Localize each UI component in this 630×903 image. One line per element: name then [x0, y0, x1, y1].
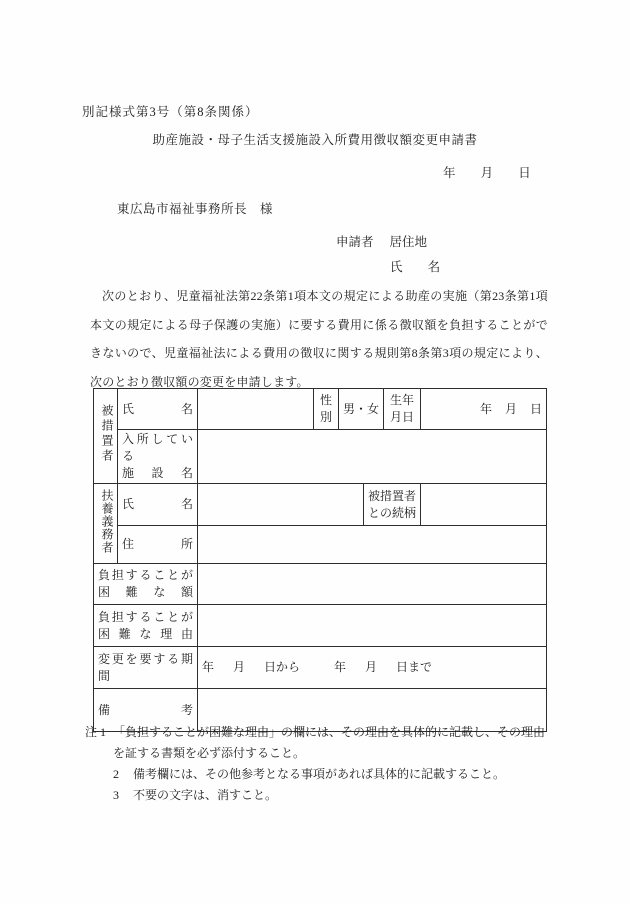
- applicant-name-label: 氏 名: [390, 257, 440, 275]
- difficult-reason-label-line2: 困 難 な 理 由: [98, 626, 193, 643]
- body-paragraph: 次のとおり、児童福祉法第22条第1項本文の規定による助産の実施（第23条第1項本…: [90, 282, 548, 396]
- note-2: 2 備考欄には、その他参考となる事項があれば具体的に記載すること。: [85, 764, 551, 785]
- difficult-amount-value-cell: [198, 564, 547, 605]
- note-3-text: 不要の文字は、消すこと。: [133, 785, 551, 806]
- difficult-reason-label-cell: 負担することが 困 難 な 理 由: [94, 605, 198, 647]
- applicant-line: 申請者居住地: [336, 232, 427, 250]
- table-row: 被措置者 氏 名 性 別 男・女 生年 月日 年 月 日: [94, 389, 547, 430]
- period-to-text: 年 月 日まで: [334, 660, 432, 674]
- sex-value-cell: 男・女: [339, 389, 384, 430]
- birth-label-line1: 生年: [386, 392, 418, 409]
- applicant-label: 申請者: [336, 235, 374, 249]
- document-page: 別記様式第3号（第8条関係） 助産施設・母子生活支援施設入所費用徴収額変更申請書…: [0, 0, 630, 903]
- relation-label-line2: との続柄: [366, 505, 418, 522]
- note-3: 3 不要の文字は、消すこと。: [85, 785, 551, 806]
- relation-value-cell: [421, 484, 547, 526]
- difficult-amount-label-cell: 負担することが 困 難 な 額: [94, 564, 198, 605]
- supporter-group-cell: 扶養義務者: [94, 484, 118, 564]
- note-3-marker: 3: [113, 785, 133, 806]
- birth-value-cell: 年 月 日: [421, 389, 547, 430]
- note-1-text: 「負担することが困難な理由」の欄には、その理由を具体的に記載し、その理由を証する…: [113, 722, 549, 764]
- residence-label: 居住地: [390, 235, 428, 249]
- subject-name-label-cell: 氏 名: [118, 389, 198, 430]
- form-number: 別記様式第3号（第8条関係）: [82, 102, 259, 120]
- recipient-line: 東広島市福祉事務所長 様: [117, 199, 273, 217]
- sex-label-line1: 性: [318, 392, 334, 409]
- table-row: 扶養義務者 氏 名 被措置者 との続柄: [94, 484, 547, 526]
- supporter-name-label-cell: 氏 名: [118, 484, 198, 526]
- notes-section: 注1 「負担することが困難な理由」の欄には、その理由を具体的に記載し、その理由を…: [85, 722, 551, 806]
- period-label-cell: 変更を要する期間: [94, 647, 198, 689]
- facility-label-cell: 入所している 施 設 名: [118, 430, 198, 484]
- difficult-amount-label-line2: 困 難 な 額: [98, 584, 193, 601]
- table-row: 住 所: [94, 526, 547, 564]
- note-2-text: 備考欄には、その他参考となる事項があれば具体的に記載すること。: [133, 764, 551, 785]
- facility-label-line2: 施 設 名: [122, 465, 193, 482]
- subject-group-label: 被措置者: [98, 404, 115, 464]
- subject-group-cell: 被措置者: [94, 389, 118, 484]
- period-value-cell: 年 月 日から年 月 日まで: [198, 647, 547, 689]
- relation-label-cell: 被措置者 との続柄: [364, 484, 421, 526]
- note-2-marker: 2: [113, 764, 133, 785]
- period-from-text: 年 月 日から: [202, 660, 300, 674]
- birth-label-line2: 月日: [386, 409, 418, 426]
- relation-label-line1: 被措置者: [366, 488, 418, 505]
- table-row: 負担することが 困 難 な 理 由: [94, 605, 547, 647]
- difficult-reason-label-line1: 負担することが: [98, 609, 193, 626]
- note-1-marker: 注1: [85, 722, 113, 764]
- subject-name-value-cell: [198, 389, 314, 430]
- note-1: 注1 「負担することが困難な理由」の欄には、その理由を具体的に記載し、その理由を…: [85, 722, 551, 764]
- sex-label-cell: 性 別: [314, 389, 339, 430]
- sex-label-line2: 別: [318, 409, 334, 426]
- table-row: 負担することが 困 難 な 額: [94, 564, 547, 605]
- difficult-reason-value-cell: [198, 605, 547, 647]
- birth-label-cell: 生年 月日: [384, 389, 421, 430]
- table-row: 入所している 施 設 名: [94, 430, 547, 484]
- facility-label-line1: 入所している: [122, 431, 193, 465]
- table-row: 変更を要する期間 年 月 日から年 月 日まで: [94, 647, 547, 689]
- supporter-name-value-cell: [198, 484, 364, 526]
- document-title: 助産施設・母子生活支援施設入所費用徴収額変更申請書: [0, 130, 630, 148]
- date-line: 年 月 日: [443, 163, 531, 181]
- address-value-cell: [198, 526, 547, 564]
- application-table: 被措置者 氏 名 性 別 男・女 生年 月日 年 月 日 入所している 施 設 …: [93, 388, 547, 732]
- address-label-cell: 住 所: [118, 526, 198, 564]
- facility-value-cell: [198, 430, 547, 484]
- difficult-amount-label-line1: 負担することが: [98, 567, 193, 584]
- supporter-group-label: 扶養義務者: [98, 489, 115, 554]
